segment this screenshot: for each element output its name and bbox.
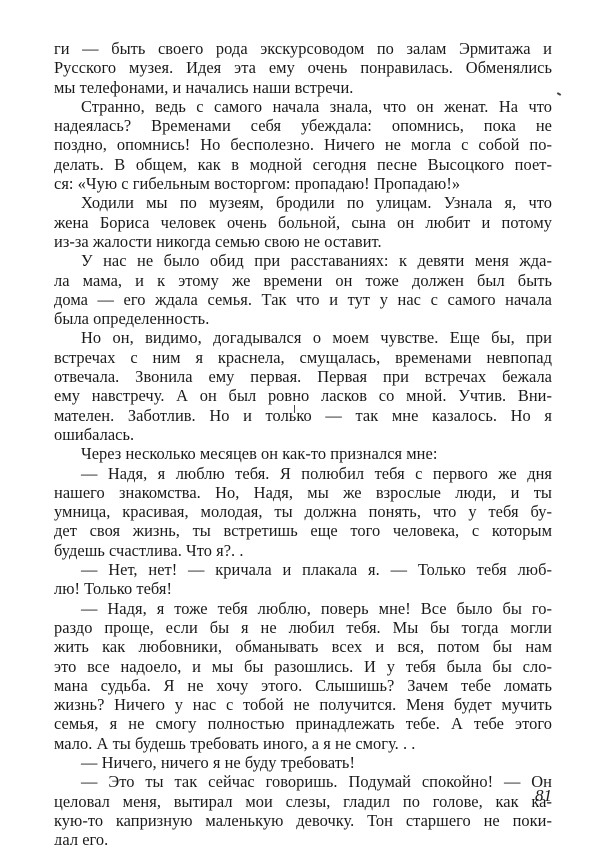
text-line: дал его. — [54, 830, 552, 845]
text-line: — Надя, я люблю тебя. Я полюбил тебя с п… — [54, 464, 552, 483]
text-line: ги — быть своего рода экскурсоводом по з… — [54, 39, 552, 58]
text-line: — Ничего, ничего я не буду требовать! — [54, 753, 552, 772]
text-line: — Нет, нет! — кричала и плакала я. — Тол… — [54, 560, 552, 579]
page-body: ги — быть своего рода экскурсоводом по з… — [54, 39, 552, 845]
scan-speck — [294, 405, 295, 413]
text-line: Русского музея. Идея эта ему очень понра… — [54, 58, 552, 77]
text-line: поздно, опомнись! Но бесполезно. Ничего … — [54, 135, 552, 154]
text-line: мателен. Заботлив. Но и только — так мне… — [54, 406, 552, 425]
text-line: — Надя, я тоже тебя люблю, поверь мне! В… — [54, 599, 552, 618]
text-line: Но он, видимо, догадывался о моем чувств… — [54, 328, 552, 347]
text-line: раздо проще, если бы я не любил тебя. Мы… — [54, 618, 552, 637]
text-line: жизнь? Ничего у нас с тобой не получится… — [54, 695, 552, 714]
text-line: дет своя жизнь, ты встретишь еще того че… — [54, 521, 552, 540]
text-line: кую-то капризную маленькую девочку. Тон … — [54, 811, 552, 830]
text-line: ошибалась. — [54, 425, 552, 444]
text-line: лю! Только тебя! — [54, 579, 552, 598]
text-line: жена Бориса человек очень больной, сына … — [54, 213, 552, 232]
text-line: целовал меня, вытирал мои слезы, гладил … — [54, 792, 552, 811]
text-line: умница, красивая, молодая, ты должна пон… — [54, 502, 552, 521]
text-line: будешь счастлива. Что я?. . — [54, 541, 552, 560]
text-line: надеялась? Временами себя убеждала: опом… — [54, 116, 552, 135]
text-line: Через несколько месяцев он как-то призна… — [54, 444, 552, 463]
text-line: У нас не было обид при расставаниях: к д… — [54, 251, 552, 270]
text-line: отвечала. Звонила ему первая. Первая при… — [54, 367, 552, 386]
text-line: жить как любовники, обманывать всех и вс… — [54, 637, 552, 656]
scan-speck — [557, 92, 561, 96]
text-line: — Это ты так сейчас говоришь. Подумай сп… — [54, 772, 552, 791]
text-line: это все надоело, и мы бы разошлись. И у … — [54, 657, 552, 676]
text-line: мы телефонами, и начались наши встречи. — [54, 78, 552, 97]
text-line: делать. В общем, как в модной сегодня пе… — [54, 155, 552, 174]
text-line: была определенность. — [54, 309, 552, 328]
text-line: семья, я не смогу полностью принадлежать… — [54, 714, 552, 733]
text-line: ему навстречу. А он был ровно ласков со … — [54, 386, 552, 405]
text-line: ся: «Чую с гибельным восторгом: пропадаю… — [54, 174, 552, 193]
page-number: 81 — [520, 786, 552, 806]
text-line: мало. А ты будешь требовать иного, а я н… — [54, 734, 552, 753]
text-line: дома — его ждала семья. Так что и тут у … — [54, 290, 552, 309]
text-line: встречах с ним я краснела, смущалась, вр… — [54, 348, 552, 367]
text-line: Странно, ведь с самого начала знала, что… — [54, 97, 552, 116]
text-line: ла мама, и к этому же времени он тоже до… — [54, 271, 552, 290]
text-line: из-за жалости никогда семью свою не оста… — [54, 232, 552, 251]
text-line: мана судьба. Я не хочу этого. Слышишь? З… — [54, 676, 552, 695]
text-line: Ходили мы по музеям, бродили по улицам. … — [54, 193, 552, 212]
text-line: нашего знакомства. Но, Надя, мы же взрос… — [54, 483, 552, 502]
